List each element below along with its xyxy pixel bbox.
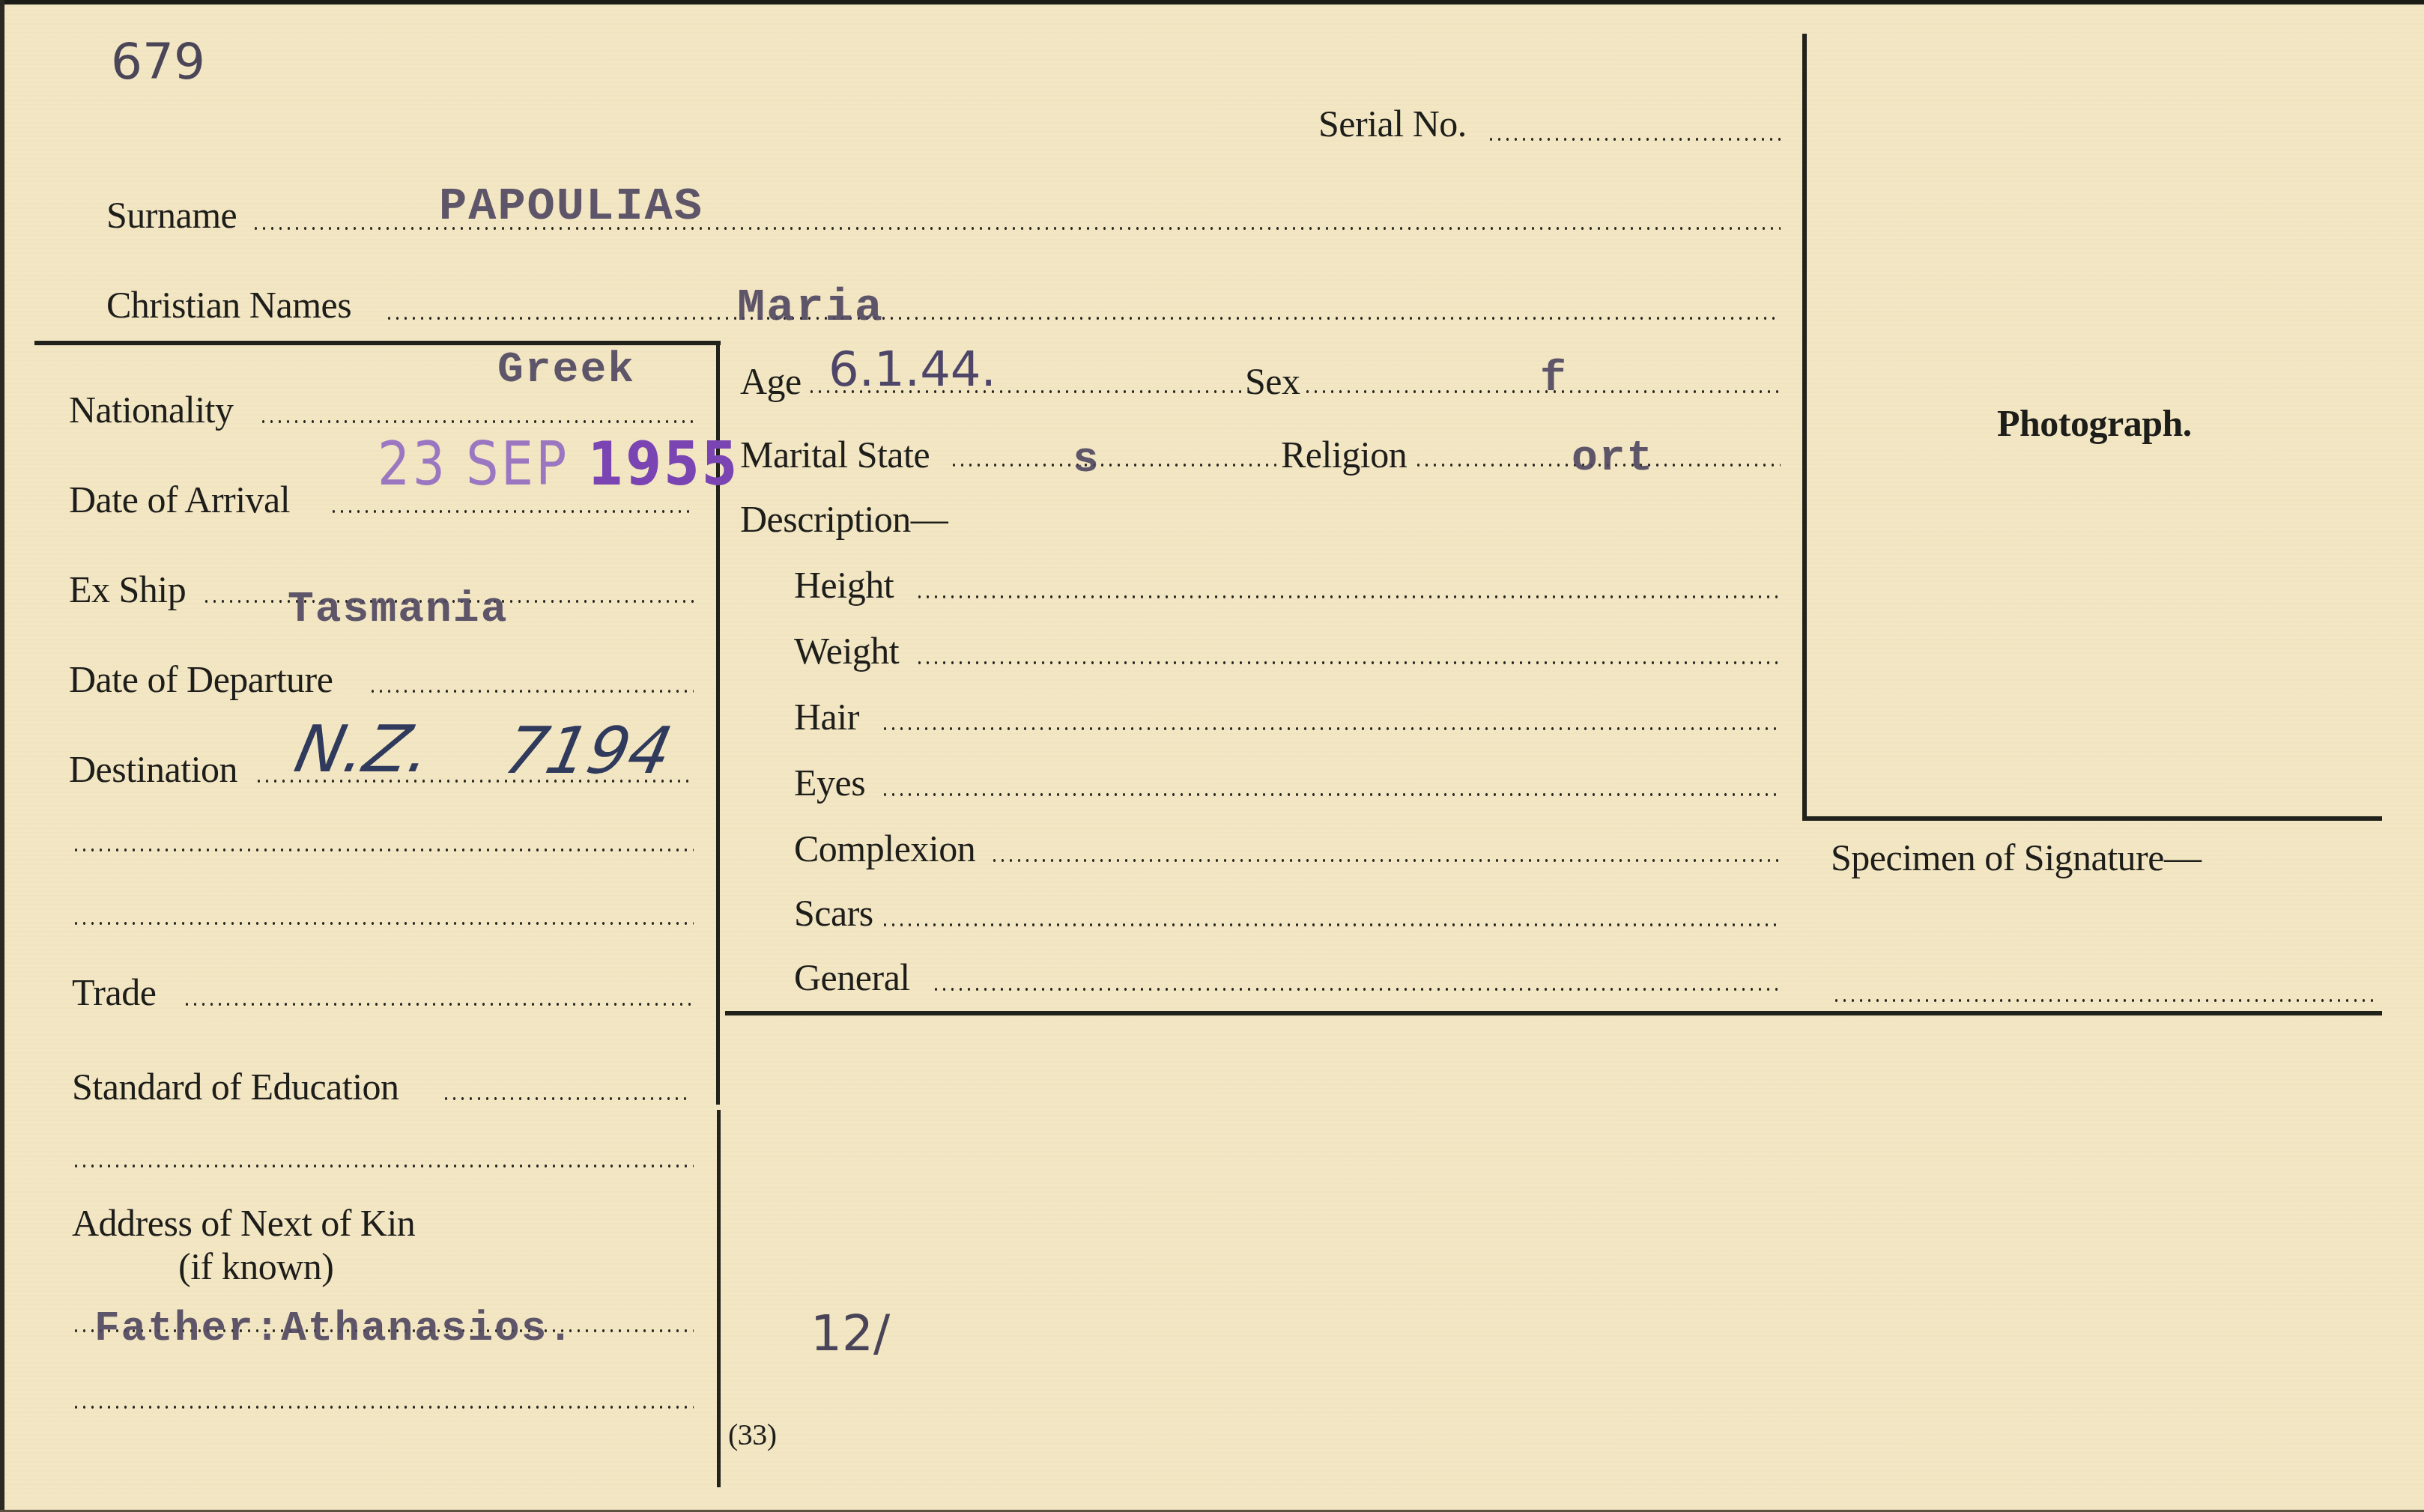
surname-value: PAPOULIAS xyxy=(439,183,703,230)
nationality-label: Nationality xyxy=(69,391,233,428)
complexion-label: Complexion xyxy=(794,830,975,867)
marital-state-value: s xyxy=(1073,439,1100,482)
registration-card: 679 Serial No. Surname PAPOULIAS Christi… xyxy=(0,0,2424,1512)
margin-note: 12/ xyxy=(810,1309,890,1358)
marital-state-field[interactable] xyxy=(950,464,1279,467)
left-box-top-border xyxy=(34,341,721,345)
destination-extra-line-2[interactable] xyxy=(72,922,694,925)
photograph-area[interactable] xyxy=(1808,34,2382,816)
destination-note: 7194 xyxy=(500,719,677,783)
eyes-label: Eyes xyxy=(794,764,865,801)
card-top-edge xyxy=(0,0,2424,4)
christian-names-value: Maria xyxy=(737,285,884,331)
age-value: 6.1.44. xyxy=(828,346,996,394)
marital-state-label: Marital State xyxy=(740,436,930,473)
nationality-value: Greek xyxy=(497,349,635,392)
destination-label: Destination xyxy=(69,750,237,788)
eyes-field[interactable] xyxy=(881,793,1779,796)
signature-field[interactable] xyxy=(1832,999,2379,1002)
photo-box-bottom-border xyxy=(1802,816,2382,821)
date-of-departure-field[interactable] xyxy=(369,690,694,693)
arrival-stamp-day-month: 23 SEP xyxy=(378,429,569,499)
arrival-date-stamp: 23 SEP 1955 xyxy=(378,434,740,494)
age-label: Age xyxy=(740,362,802,400)
next-of-kin-sublabel: (if known) xyxy=(178,1248,333,1285)
destination-value: N.Z. xyxy=(290,717,437,782)
card-number: 679 xyxy=(111,37,205,87)
trade-label: Trade xyxy=(72,974,156,1011)
christian-names-field[interactable] xyxy=(385,317,1781,320)
destination-field[interactable] xyxy=(255,780,694,783)
weight-label: Weight xyxy=(794,632,899,670)
date-of-arrival-field[interactable] xyxy=(330,510,694,513)
standard-of-education-field[interactable] xyxy=(442,1097,689,1100)
scars-field[interactable] xyxy=(881,923,1779,926)
print-code: (33) xyxy=(728,1420,777,1450)
destination-extra-line-1[interactable] xyxy=(72,848,694,851)
next-of-kin-label: Address of Next of Kin xyxy=(72,1204,415,1242)
next-of-kin-value: Father:Athanasios. xyxy=(94,1308,575,1349)
next-of-kin-extra-line[interactable] xyxy=(72,1406,694,1409)
education-extra-line[interactable] xyxy=(72,1165,694,1168)
arrival-stamp-year: 1955 xyxy=(588,429,740,499)
weight-field[interactable] xyxy=(915,661,1779,664)
sex-label: Sex xyxy=(1245,362,1300,400)
religion-value: ort xyxy=(1572,437,1654,481)
hair-field[interactable] xyxy=(881,727,1779,730)
height-field[interactable] xyxy=(915,595,1779,598)
date-of-arrival-label: Date of Arrival xyxy=(69,481,290,518)
description-label: Description— xyxy=(740,500,948,538)
trade-field[interactable] xyxy=(183,1003,694,1006)
general-field[interactable] xyxy=(932,988,1779,991)
surname-label: Surname xyxy=(106,196,237,234)
serial-no-field[interactable] xyxy=(1487,138,1781,141)
left-box-right-border-lower xyxy=(717,1110,721,1487)
height-label: Height xyxy=(794,566,894,604)
complexion-field[interactable] xyxy=(990,859,1779,862)
photo-box-left-border xyxy=(1802,34,1807,820)
religion-label: Religion xyxy=(1281,436,1407,473)
serial-no-label: Serial No. xyxy=(1318,105,1467,142)
standard-of-education-label: Standard of Education xyxy=(72,1068,399,1105)
signature-label: Specimen of Signature— xyxy=(1831,839,2201,876)
ex-ship-value: Tasmania xyxy=(288,589,508,632)
sex-value: f xyxy=(1540,358,1568,401)
hair-label: Hair xyxy=(794,698,859,735)
description-bottom-rule xyxy=(725,1011,2382,1015)
date-of-departure-label: Date of Departure xyxy=(69,661,333,698)
card-left-edge xyxy=(0,0,4,1512)
scars-label: Scars xyxy=(794,894,873,932)
christian-names-label: Christian Names xyxy=(106,286,351,324)
nationality-field[interactable] xyxy=(259,420,694,423)
ex-ship-label: Ex Ship xyxy=(69,571,186,608)
general-label: General xyxy=(794,959,910,996)
